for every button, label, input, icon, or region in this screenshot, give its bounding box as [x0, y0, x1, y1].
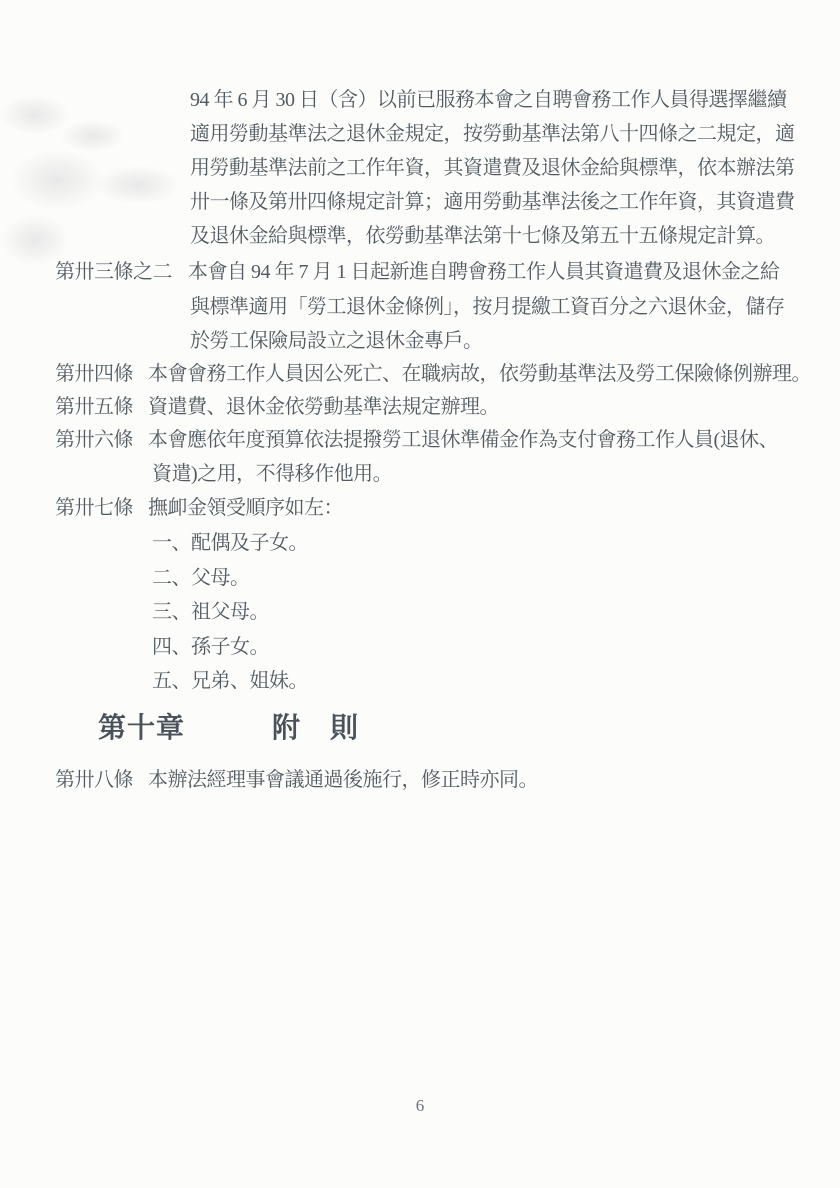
article-35-body: 資遣費、退休金依勞動基準法規定辦理。: [148, 395, 499, 419]
article-33-2-number: 第卅三條之二: [55, 260, 172, 284]
scan-smudge: [95, 165, 180, 205]
continuation-line-5: 及退休金給與標準，依勞動基準法第十七條及第五十五條規定計算。: [190, 224, 775, 248]
article-34-number: 第卅四條: [55, 362, 133, 386]
scan-smudge: [0, 95, 70, 135]
article-37-body: 撫卹金領受順序如左：: [148, 496, 343, 520]
article-36-number: 第卅六條: [55, 428, 133, 452]
page-number: 6: [0, 1096, 840, 1116]
article-38-body: 本辦法經理事會議通過後施行，修正時亦同。: [148, 768, 538, 792]
article-37-number: 第卅七條: [55, 496, 133, 520]
continuation-line-2: 適用勞動基準法之退休金規定，按勞動基準法第八十四條之二規定，適: [190, 122, 795, 146]
article-37-item-2: 二、父母。: [152, 566, 250, 590]
chapter-10-heading: 第十章 附 則: [98, 706, 359, 746]
article-38-number: 第卅八條: [55, 768, 133, 792]
article-37-item-3: 三、祖父母。: [152, 600, 269, 624]
scan-smudge: [60, 120, 125, 152]
continuation-line-1: 94 年 6 月 30 日（含）以前已服務本會之自聘會務工作人員得選擇繼續: [190, 88, 787, 112]
scan-smudge: [0, 215, 70, 265]
article-37-item-5: 五、兄弟、姐妹。: [152, 669, 308, 693]
scan-smudge: [10, 150, 105, 210]
article-36-body-line-2: 資遣)之用，不得移作他用。: [152, 462, 392, 486]
article-33-2-body-line-3: 於勞工保險局設立之退休金專戶。: [190, 329, 483, 353]
article-37-item-4: 四、孫子女。: [152, 635, 269, 659]
continuation-line-3: 用勞動基準法前之工作年資，其資遣費及退休金給與標準，依本辦法第: [190, 156, 795, 180]
article-37-item-1: 一、配偶及子女。: [152, 531, 308, 555]
article-33-2-body-line-2: 與標準適用「勞工退休金條例」，按月提繳工資百分之六退休金，儲存: [190, 295, 785, 319]
article-35-number: 第卅五條: [55, 395, 133, 419]
article-36-body-line-1: 本會應依年度預算依法提撥勞工退休準備金作為支付會務工作人員(退休、: [148, 428, 778, 452]
document-page: 94 年 6 月 30 日（含）以前已服務本會之自聘會務工作人員得選擇繼續 適用…: [0, 0, 840, 1188]
continuation-line-4: 卅一條及第卅四條規定計算；適用勞動基準法後之工作年資，其資遣費: [190, 190, 795, 214]
article-33-2-body-line-1: 本會自 94 年 7 月 1 日起新進自聘會務工作人員其資遣費及退休金之給: [188, 260, 780, 284]
article-34-body: 本會會務工作人員因公死亡、在職病故，依勞動基準法及勞工保險條例辦理。: [148, 362, 811, 386]
